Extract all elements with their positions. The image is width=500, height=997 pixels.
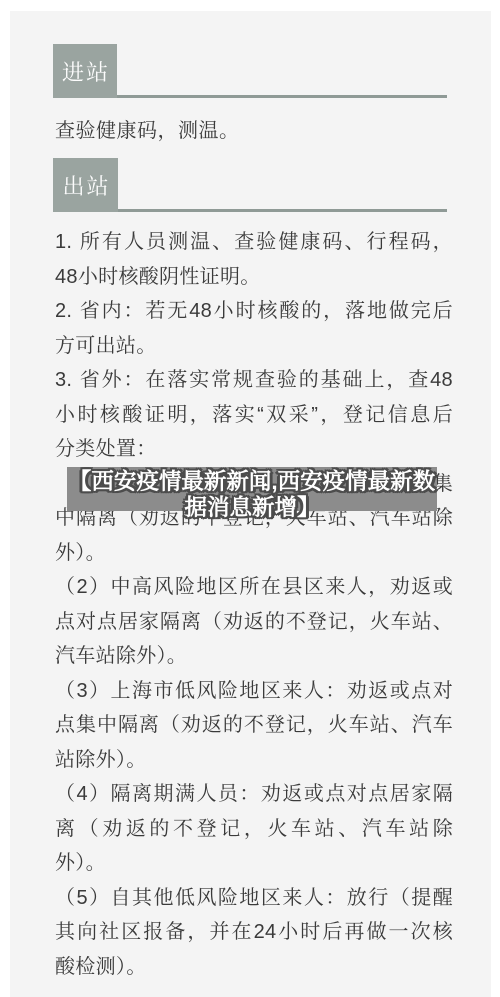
article-card: 进站 查验健康码，测温。 出站 1. 所有人员测温、查验健康码、行程码，48小时… (10, 11, 491, 997)
rule-text-line: （4）隔离期满人员：劝返或点对点居家隔 (55, 777, 453, 812)
rule-text-line: 其向社区报备，并在24小时后再做一次核 (55, 915, 453, 950)
rule-text-line: 2. 省内：若无48小时核酸的，落地做完后 (55, 294, 453, 329)
rule-text-line: （3）上海市低风险地区来人：劝返或点对 (55, 674, 453, 709)
enter-station-badge: 进站 (53, 44, 117, 98)
watermark-text-line1: 【西安疫情最新新闻,西安疫情最新数 (67, 469, 437, 495)
exit-rules-list: 1. 所有人员测温、查验健康码、行程码，48小时核酸阴性证明。2. 省内：若无4… (55, 225, 453, 984)
rule-text-line: 外）。 (55, 846, 453, 881)
rule-text-line: 点集中隔离（劝返的不登记，火车站、汽车 (55, 708, 453, 743)
rule-text-line: （5）自其他低风险地区来人：放行（提醒 (55, 881, 453, 916)
rule-text-line: 外）。 (55, 536, 453, 571)
rule-text-line: 离（劝返的不登记，火车站、汽车站除 (55, 812, 453, 847)
rule-text-line: 小时核酸证明，落实“双采”，登记信息后 (55, 398, 453, 433)
rule-text-line: 酸检测）。 (55, 950, 453, 985)
enter-station-body: 查验健康码，测温。 (55, 114, 453, 149)
rule-text-line: （2）中高风险地区所在县区来人，劝返或 (55, 570, 453, 605)
rule-text-line: 分类处置： (55, 432, 453, 467)
rule-text-line: 站除外）。 (55, 743, 453, 778)
rule-text-line: 48小时核酸阴性证明。 (55, 260, 453, 295)
enter-station-underline (117, 95, 447, 98)
rule-text-line: 1. 所有人员测温、查验健康码、行程码， (55, 225, 453, 260)
watermark-overlay: 【西安疫情最新新闻,西安疫情最新数 据消息新增】 (67, 467, 437, 511)
rule-text-line: 3. 省外：在落实常规查验的基础上，查48 (55, 363, 453, 398)
exit-station-badge: 出站 (53, 158, 118, 212)
rule-text-line: 方可出站。 (55, 329, 453, 364)
watermark-text-line2: 据消息新增】 (67, 495, 437, 521)
rule-text-line: 点对点居家隔离（劝返的不登记，火车站、 (55, 605, 453, 640)
exit-station-underline (118, 209, 447, 212)
rule-text-line: 汽车站除外）。 (55, 639, 453, 674)
